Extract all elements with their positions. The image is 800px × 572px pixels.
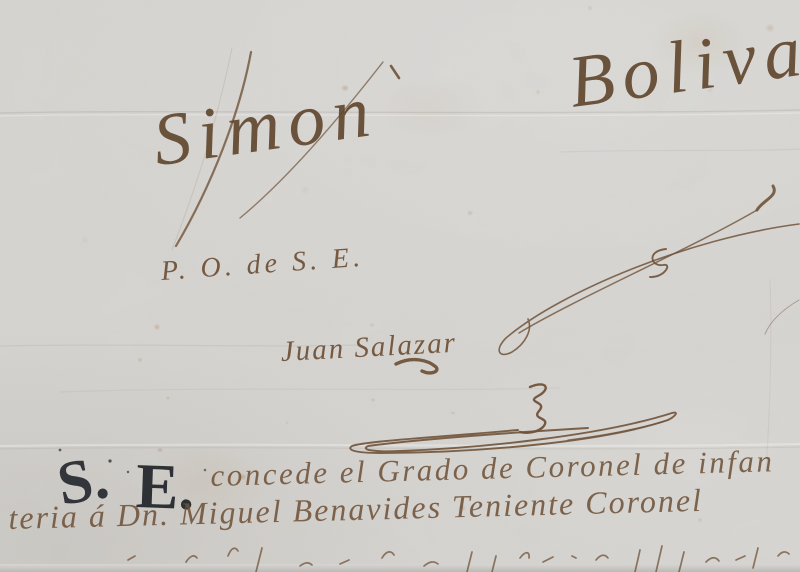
manuscript-photo: Simon Bolivar P. O. de S. E. Juan Salaza… — [0, 0, 800, 572]
paper-bottom-edge — [0, 564, 800, 572]
